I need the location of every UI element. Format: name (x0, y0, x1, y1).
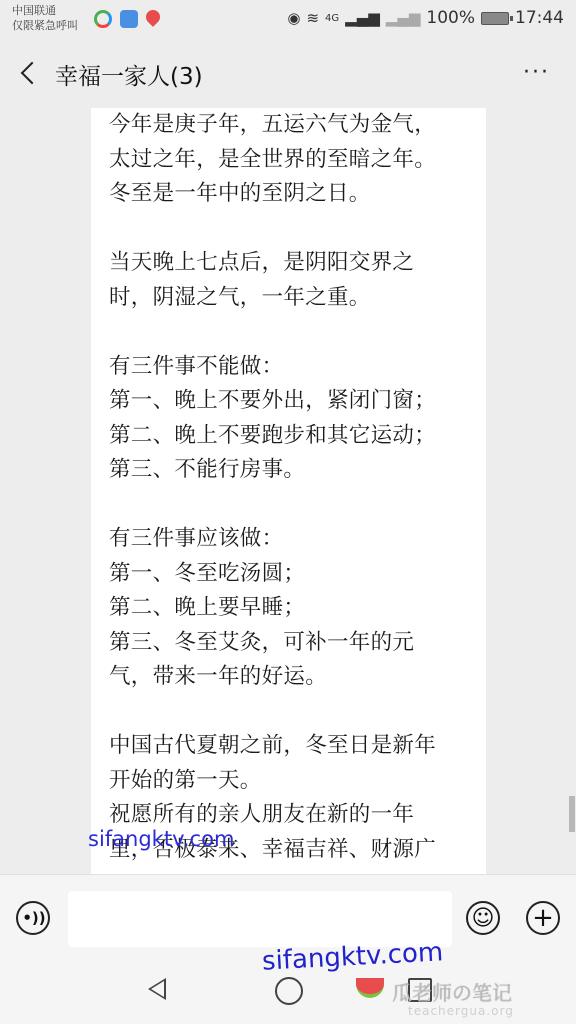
more-attachments-button[interactable]: + (526, 901, 560, 935)
eye-comfort-icon: ◉ (287, 9, 300, 27)
message-line: 第一、晚上不要外出，紧闭门窗； (109, 384, 472, 419)
chat-title: 幸福一家人(3) (55, 58, 203, 91)
emergency-only-text: 仅限紧急呼叫 (12, 18, 78, 33)
signal-icon: ▂▄▆ (345, 9, 380, 27)
notification-icons (94, 10, 160, 28)
message-text-input[interactable] (68, 891, 452, 947)
carrier-info: 中国联通 仅限紧急呼叫 (12, 3, 78, 33)
message-line: 中国古代夏朝之前，冬至日是新年 (109, 729, 472, 764)
battery-percent: 100% (426, 8, 475, 28)
message-line: 有三件事应该做： (109, 522, 472, 557)
message-line: 当天晚上七点后，是阴阳交界之 (109, 246, 472, 281)
app-notification-icon (120, 10, 138, 28)
clock: 17:44 (515, 8, 564, 28)
system-indicators: ◉ ≋ 4G ▂▄▆ ▂▄▆ 100% 17:44 (287, 8, 564, 28)
message-line: 第二、晚上不要跑步和其它运动； (109, 419, 472, 454)
message-line: 冬至是一年中的至阴之日。 (109, 177, 472, 212)
app-notification-icon (94, 10, 112, 28)
message-bubble[interactable]: 今年是庚子年，五运六气为金气， 太过之年，是全世界的至暗之年。 冬至是一年中的至… (91, 108, 486, 874)
message-line: 有三件事不能做： (109, 350, 472, 385)
message-line: 第三、冬至艾灸，可补一年的元 (109, 626, 472, 661)
voice-icon: •)) (22, 909, 45, 927)
watermark-text: sifangktv.com (88, 827, 234, 851)
message-line: 太过之年，是全世界的至暗之年。 (109, 143, 472, 178)
back-button[interactable] (18, 58, 38, 88)
message-input-bar: •)) ☺ + (0, 874, 576, 955)
message-line: 第三、不能行房事。 (109, 453, 472, 488)
signal-no-sim-icon: ▂▄▆ (386, 9, 421, 27)
nav-back-button[interactable] (148, 978, 166, 1000)
battery-charging-icon (481, 12, 509, 25)
watermark-brand: 瓜老师の笔记 (392, 977, 512, 1006)
scrollbar-thumb[interactable] (569, 796, 575, 832)
voice-input-button[interactable]: •)) (16, 901, 50, 935)
smiley-icon: ☺ (472, 906, 495, 931)
emoji-button[interactable]: ☺ (466, 901, 500, 935)
chat-header: 幸福一家人(3) ··· (0, 38, 576, 108)
message-line: 今年是庚子年，五运六气为金气， (109, 108, 472, 143)
wifi-icon: ≋ (306, 9, 319, 27)
chat-message-area[interactable]: 今年是庚子年，五运六气为金气， 太过之年，是全世界的至暗之年。 冬至是一年中的至… (0, 108, 576, 874)
message-line: 时，阴湿之气，一年之重。 (109, 281, 472, 316)
message-line: 第一、冬至吃汤圆； (109, 557, 472, 592)
plus-icon: + (532, 905, 554, 931)
message-line: 第二、晚上要早睡； (109, 591, 472, 626)
status-bar: 中国联通 仅限紧急呼叫 ◉ ≋ 4G ▂▄▆ ▂▄▆ 100% 17:44 (0, 0, 576, 38)
watermark-url: teachergua.org (408, 1004, 514, 1018)
location-pin-icon (146, 10, 160, 28)
message-line: 开始的第一天。 (109, 764, 472, 799)
nav-home-button[interactable] (275, 977, 303, 1005)
carrier-name: 中国联通 (12, 3, 78, 18)
network-type-label: 4G (325, 13, 339, 24)
more-options-button[interactable]: ··· (523, 60, 550, 85)
message-line: 气，带来一年的好运。 (109, 660, 472, 695)
